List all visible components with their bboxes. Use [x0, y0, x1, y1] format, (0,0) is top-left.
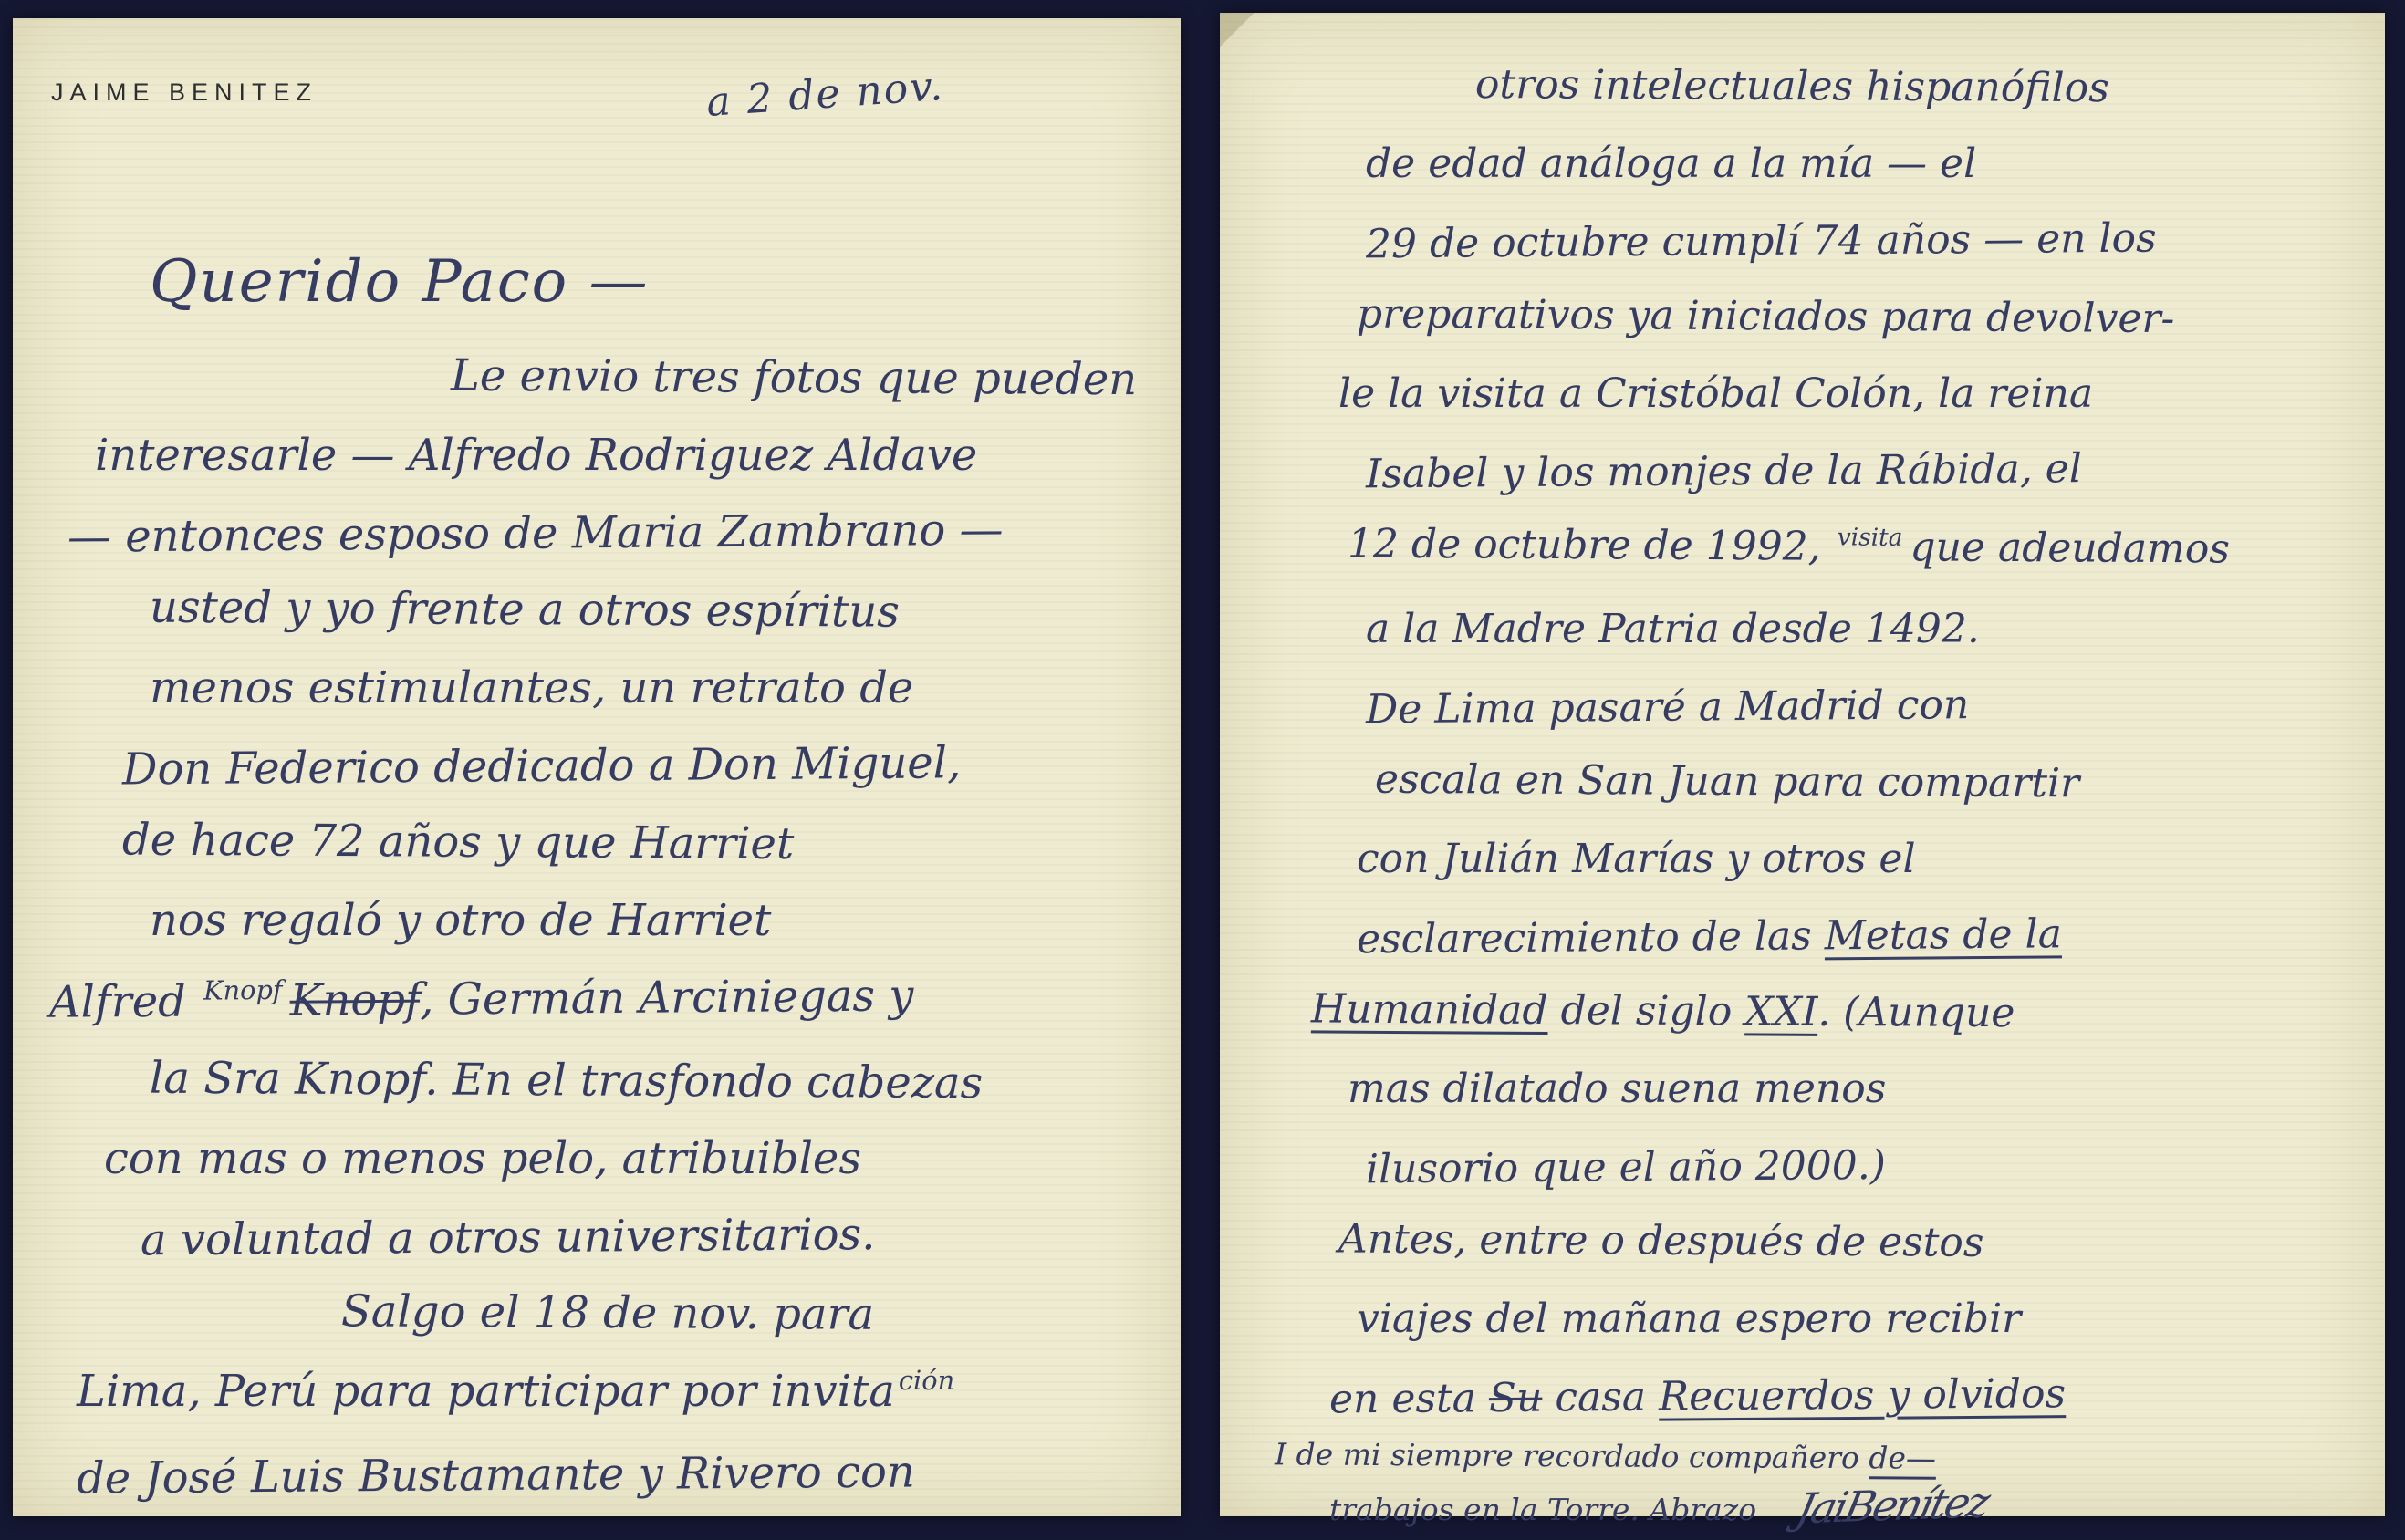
handwriting-segment: con Julián Marías y otros el	[1357, 836, 1916, 882]
handwriting-segment: viajes del mañana espero recibir	[1357, 1295, 2021, 1342]
handwriting-segment: trabajos en la Torre. Abrazo	[1329, 1492, 1756, 1527]
handwritten-line: preparativos ya iniciados para devolver-	[1357, 276, 2376, 359]
handwriting-segment: preparativos ya iniciados para devolver-	[1357, 291, 2175, 342]
handwriting-segment: de José Luis Bustamante y Rivero con	[77, 1446, 915, 1504]
handwritten-line: le la visita a Cristóbal Colón, la reina	[1338, 356, 2376, 432]
letterhead-name: JAIME BENITEZ	[51, 78, 318, 107]
handwriting-segment: a la Madre Patria desde 1492.	[1366, 606, 1980, 652]
handwriting-segment: De Lima pasaré a Madrid con	[1366, 682, 1970, 733]
handwritten-line: 29 de octubre cumplí 74 años — en los	[1366, 199, 2377, 284]
handwriting-segment: I de mi siempre recordado compañero	[1275, 1436, 1869, 1475]
handwriting-segment: le la visita a Cristóbal Colón, la reina	[1338, 370, 2093, 417]
handwriting-segment: Isabel y los monjes de la Rábida, el	[1366, 445, 2082, 497]
letter-scan: { "left_page": { "letterhead": "JAIME BE…	[0, 0, 2405, 1540]
handwritten-line: — entonces esposo de Maria Zambrano —	[68, 490, 1163, 576]
handwriting-segment: del siglo	[1547, 987, 1744, 1035]
handwritten-line: Le envio tres fotos que pueden	[451, 338, 1163, 420]
salutation: Querido Paco —	[150, 248, 650, 316]
handwriting-segment: de edad análoga a la mía — el	[1366, 140, 1976, 187]
page-1-body: Le envio tres fotos que puedeninteresarl…	[68, 339, 1162, 1514]
handwriting-segment: Humanidad	[1311, 985, 1548, 1034]
handwriting-segment: Alfred	[49, 975, 201, 1027]
handwritten-line: Lima, Perú para participar por invitació…	[77, 1353, 1162, 1436]
handwriting-segment: ción	[899, 1342, 954, 1420]
handwriting-segment: — entonces esposo de Maria Zambrano —	[68, 505, 1004, 563]
handwriting-segment: 12 de octubre de 1992,	[1348, 521, 1834, 570]
handwriting-segment: . (Aunque	[1817, 989, 2015, 1036]
handwriting-segment: Salgo el 18 de nov. para	[341, 1285, 874, 1340]
handwriting-segment: casa	[1542, 1374, 1659, 1421]
date-line: a 2 de nov.	[705, 63, 946, 126]
handwriting-segment: ilusorio que el año 2000.)	[1366, 1142, 1886, 1192]
handwriting-segment: Knopf	[203, 952, 283, 1030]
handwritten-line: Antes, entre o después de estos	[1338, 1202, 2376, 1285]
handwritten-line: con Julián Marías y otros el	[1357, 821, 2376, 898]
handwritten-line: Don Federico dedicado a Don Miguel,	[122, 723, 1163, 809]
handwriting-segment: nos regaló y otro de Harriet	[150, 895, 771, 946]
handwriting-segment: la Sra Knopf. En el trasfondo cabezas	[150, 1053, 984, 1109]
handwritten-line: nos regaló y otro de Harriet	[150, 882, 1162, 960]
handwriting-segment: en esta	[1329, 1375, 1489, 1422]
handwriting-segment: Su	[1489, 1375, 1543, 1421]
handwritten-line: 12 de octubre de 1992, visitaque adeudam…	[1348, 506, 2377, 595]
handwriting-segment: de hace 72 años y que Harriet	[122, 815, 795, 869]
handwritten-line: I de mi siempre recordado compañero de—	[1275, 1431, 2376, 1484]
signature: JaiBenítez	[1793, 1478, 1993, 1532]
handwriting-segment: que adeudamos	[1910, 524, 2230, 572]
handwriting-segment: XXI	[1744, 988, 1817, 1035]
handwriting-segment: usted y yo frente a otros espíritus	[150, 582, 900, 638]
handwritten-line: viajes del mañana espero recibir	[1357, 1281, 2376, 1358]
handwriting-segment: visita	[1838, 499, 1903, 576]
handwriting-segment: con mas o menos pelo, atribuibles	[104, 1133, 861, 1184]
handwritten-line: De Lima pasaré a Madrid con	[1366, 664, 2377, 749]
handwritten-line: la Sra Knopf. En el trasfondo cabezas	[150, 1040, 1162, 1124]
handwritten-line: a la Madre Patria desde 1492.	[1366, 591, 2376, 668]
handwritten-line: de José Luis Bustamante y Rivero con	[77, 1431, 1163, 1517]
handwriting-segment: menos estimulantes, un retrato de	[150, 662, 913, 713]
handwriting-segment: mas dilatado suena menos	[1348, 1066, 1886, 1112]
handwritten-line: Humanidad del siglo XXI. (Aunque	[1311, 971, 2376, 1054]
handwritten-line: usted y yo frente a otros espíritus	[150, 569, 1162, 653]
handwriting-segment: Recuerdos y olvidos	[1659, 1370, 2066, 1420]
handwritten-line: de hace 72 años y que Harriet	[122, 802, 1162, 886]
handwriting-segment: a voluntad a otros universitarios.	[141, 1209, 876, 1265]
handwriting-segment: Metas de la	[1825, 910, 2062, 959]
handwriting-segment: Lima, Perú para participar por invita	[77, 1366, 895, 1417]
handwritten-line: mas dilatado suena menos	[1348, 1051, 2376, 1128]
handwritten-line: de edad análoga a la mía — el	[1366, 126, 2376, 203]
handwritten-line: en esta Su casa Recuerdos y olvidos	[1329, 1353, 2377, 1438]
handwritten-line: Alfred KnopfKnopf, Germán Arciniegas y	[49, 955, 1163, 1047]
handwritten-line: Salgo el 18 de nov. para	[341, 1273, 1163, 1355]
handwritten-line: otros intelectuales hispanófilos	[1475, 47, 2376, 129]
handwriting-segment: , Germán Arciniegas y	[420, 970, 914, 1025]
handwriting-segment: de—	[1869, 1440, 1936, 1475]
letter-page-2: otros intelectuales hispanófilosde edad …	[1220, 13, 2385, 1516]
handwriting-segment: Antes, entre o después de estos	[1338, 1216, 1984, 1266]
page-2-body: otros intelectuales hispanófilosde edad …	[1311, 49, 2376, 1534]
handwritten-line: menos estimulantes, un retrato de	[150, 650, 1162, 727]
handwritten-line: interesarle — Alfredo Rodriguez Aldave	[95, 417, 1162, 494]
handwriting-segment: 29 de octubre cumplí 74 años — en los	[1366, 215, 2157, 268]
handwritten-line: con mas o menos pelo, atribuibles	[104, 1120, 1162, 1198]
handwritten-line: trabajos en la Torre. AbrazoJaiBenítez	[1329, 1482, 2376, 1534]
handwriting-segment: otros intelectuales hispanófilos	[1475, 61, 2109, 111]
handwriting-segment: interesarle — Alfredo Rodriguez Aldave	[95, 430, 977, 481]
handwriting-segment: Don Federico dedicado a Don Miguel,	[122, 737, 962, 795]
handwritten-line: a voluntad a otros universitarios.	[141, 1194, 1163, 1280]
handwritten-line: escala en San Juan para compartir	[1375, 742, 2376, 825]
handwriting-segment: Knopf	[289, 974, 420, 1026]
handwritten-line: ilusorio que el año 2000.)	[1366, 1124, 2377, 1209]
letter-page-1: JAIME BENITEZ a 2 de nov. Querido Paco —…	[13, 18, 1181, 1516]
handwriting-segment: Le envio tres fotos que pueden	[451, 350, 1137, 406]
handwriting-segment: esclarecimiento de las	[1357, 912, 1825, 962]
handwriting-segment: escala en San Juan para compartir	[1375, 756, 2079, 807]
handwritten-line: esclarecimiento de las Metas de la	[1357, 894, 2377, 979]
